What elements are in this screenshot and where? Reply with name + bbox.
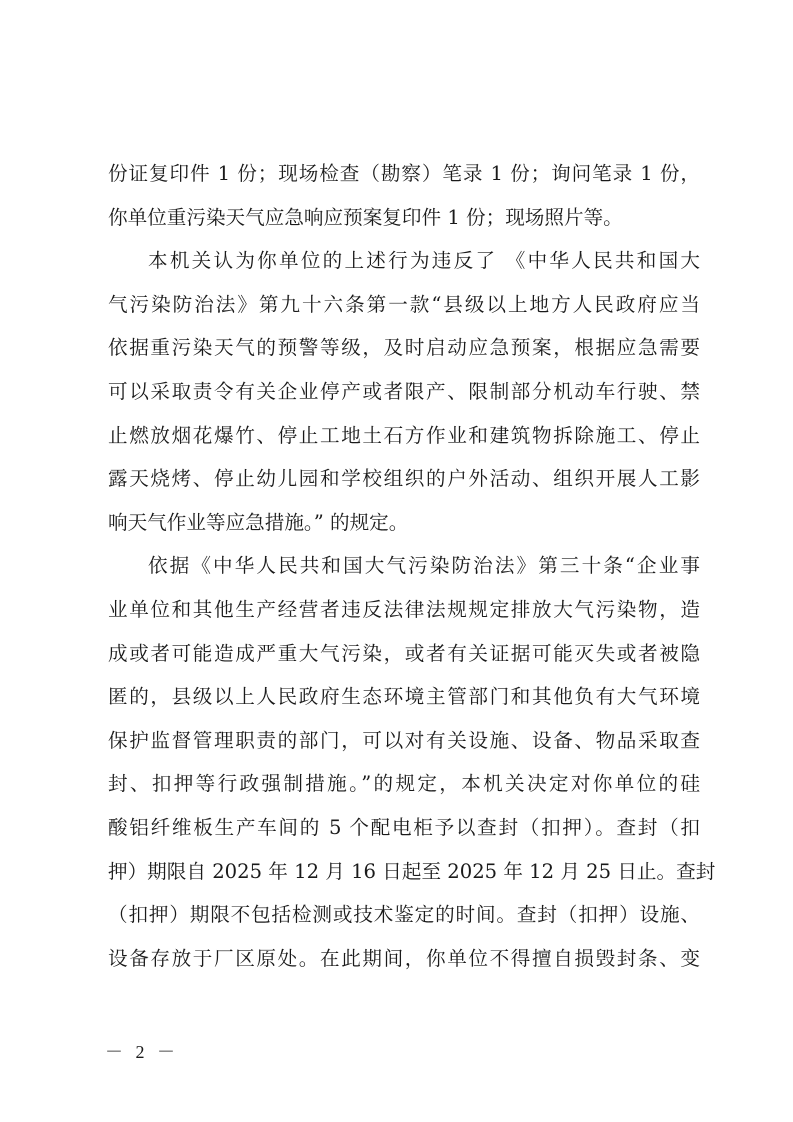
text-line: 依据重污染天气的预警等级，及时启动应急预案，根据应急需要 xyxy=(108,326,700,370)
text-line: 依据《中华人民共和国大气污染防治法》第三十条“企业事 xyxy=(108,544,700,588)
text-line: 保护监督管理职责的部门，可以对有关设施、设备、物品采取查 xyxy=(108,719,700,763)
page-number: － 2 － xyxy=(105,1040,179,1064)
text-line: 响天气作业等应急措施。” 的规定。 xyxy=(108,501,700,545)
text-line: 押）期限自 2025 年 12 月 16 日起至 2025 年 12 月 25 … xyxy=(108,850,700,894)
text-line: 可以采取责令有关企业停产或者限产、限制部分机动车行驶、禁 xyxy=(108,370,700,414)
text-line: 露天烧烤、停止幼儿园和学校组织的户外活动、组织开展人工影 xyxy=(108,457,700,501)
text-line: （扣押）期限不包括检测或技术鉴定的时间。查封（扣押）设施、 xyxy=(108,893,700,937)
text-line: 酸铝纤维板生产车间的 5 个配电柜予以查封（扣押）。查封（扣 xyxy=(108,806,700,850)
text-line: 你单位重污染天气应急响应预案复印件 1 份；现场照片等。 xyxy=(108,196,700,240)
text-line: 成或者可能造成严重大气污染，或者有关证据可能灭失或者被隐 xyxy=(108,632,700,676)
text-line: 匿的，县级以上人民政府生态环境主管部门和其他负有大气环境 xyxy=(108,675,700,719)
document-page: 份证复印件 1 份；现场检查（勘察）笔录 1 份；询问笔录 1 份， 你单位重污… xyxy=(0,0,793,1122)
text-line: 止燃放烟花爆竹、停止工地土石方作业和建筑物拆除施工、停止 xyxy=(108,414,700,458)
text-line: 本机关认为你单位的上述行为违反了 《中华人民共和国大 xyxy=(108,239,700,283)
text-line: 设备存放于厂区原处。在此期间，你单位不得擅自损毁封条、变 xyxy=(108,937,700,981)
text-line: 份证复印件 1 份；现场检查（勘察）笔录 1 份；询问笔录 1 份， xyxy=(108,152,700,196)
text-line: 业单位和其他生产经营者违反法律法规规定排放大气污染物，造 xyxy=(108,588,700,632)
text-line: 气污染防治法》第九十六条第一款“县级以上地方人民政府应当 xyxy=(108,283,700,327)
document-body: 份证复印件 1 份；现场检查（勘察）笔录 1 份；询问笔录 1 份， 你单位重污… xyxy=(108,152,700,980)
text-line: 封、扣押等行政强制措施。”的规定，本机关决定对你单位的硅 xyxy=(108,762,700,806)
